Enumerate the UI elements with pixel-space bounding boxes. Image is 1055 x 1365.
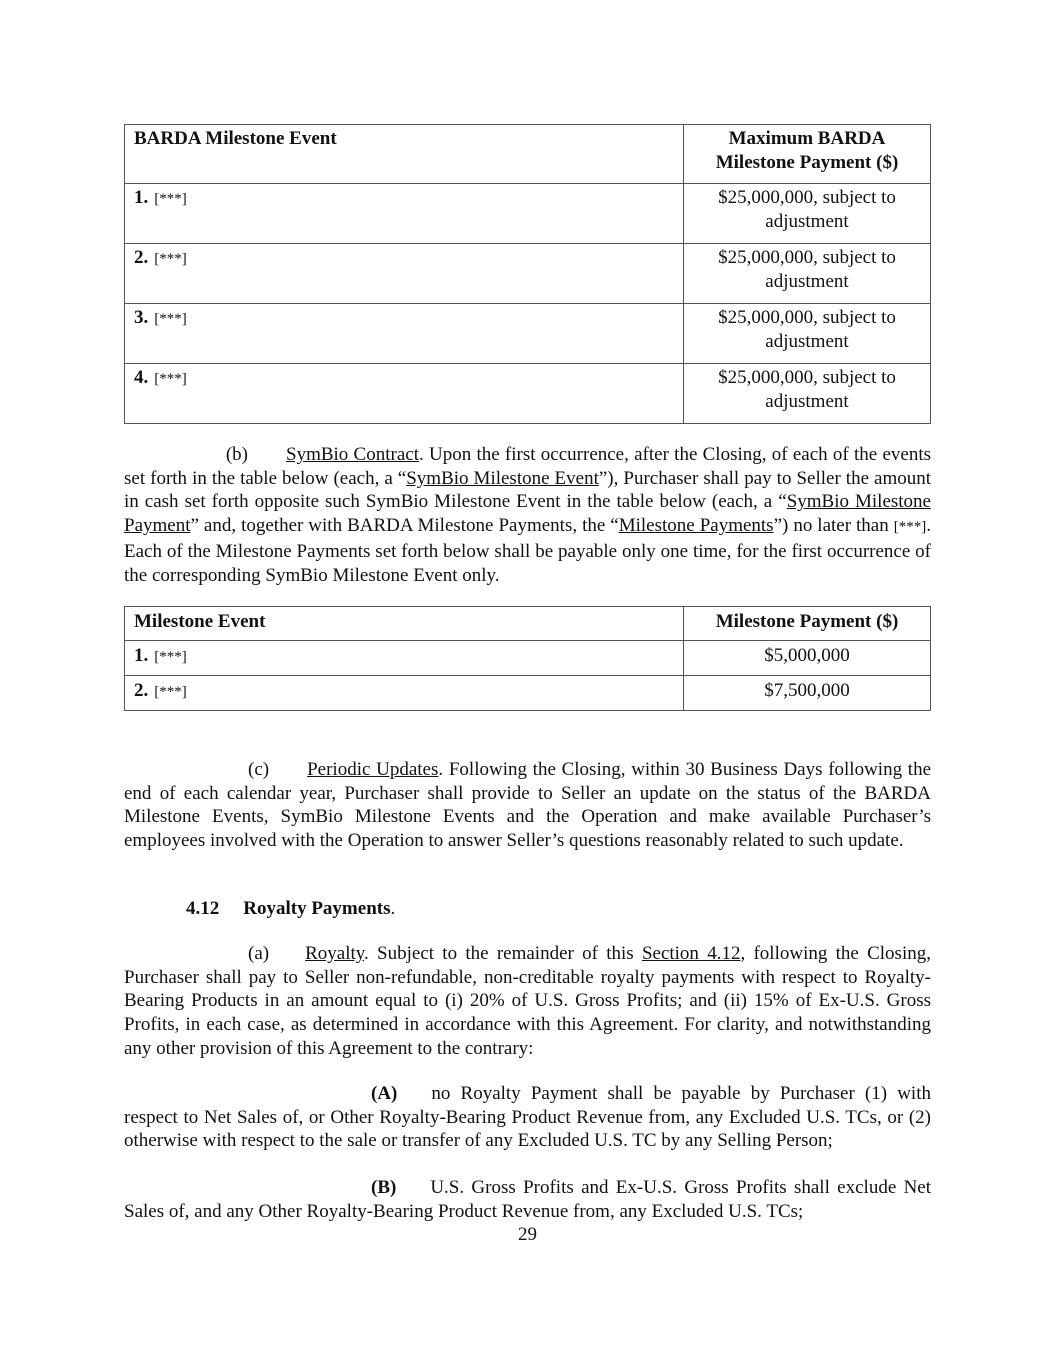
- redaction: [***]: [154, 649, 187, 665]
- event-cell: 3.[***]: [125, 304, 684, 364]
- redaction: [***]: [154, 371, 187, 387]
- redaction: [***]: [154, 311, 187, 327]
- column-header: Milestone Event: [125, 607, 684, 641]
- paragraph-a: (a)Royalty. Subject to the remainder of …: [124, 942, 931, 1061]
- payment-cell: $7,500,000: [684, 676, 931, 711]
- paragraph-text: ”) no later than: [774, 515, 894, 536]
- paragraph-text: . Subject to the remainder of this: [364, 943, 642, 964]
- event-cell: 2.[***]: [125, 244, 684, 304]
- payment-cell: $25,000,000, subject to adjustment: [684, 184, 931, 244]
- column-header: Milestone Payment ($): [684, 607, 931, 641]
- paragraph-A: (A)no Royalty Payment shall be payable b…: [124, 1082, 931, 1153]
- redaction: [***]: [154, 191, 187, 207]
- section-reference: Section 4.12: [642, 943, 741, 964]
- table-row: 3.[***] $25,000,000, subject to adjustme…: [125, 304, 931, 364]
- paragraph-label: (B): [371, 1177, 396, 1198]
- event-cell: 1.[***]: [125, 184, 684, 244]
- row-number: 1.: [134, 187, 148, 208]
- payment-cell: $25,000,000, subject to adjustment: [684, 364, 931, 424]
- section-heading-4-12: 4.12Royalty Payments.: [186, 898, 395, 920]
- defined-term: Milestone Payments: [619, 515, 774, 536]
- table-header-row: BARDA Milestone Event Maximum BARDA Mile…: [125, 125, 931, 184]
- payment-cell: $25,000,000, subject to adjustment: [684, 304, 931, 364]
- symbio-milestone-table: Milestone Event Milestone Payment ($) 1.…: [124, 606, 931, 711]
- section-title: Royalty Payments: [243, 898, 390, 919]
- table-row: 4.[***] $25,000,000, subject to adjustme…: [125, 364, 931, 424]
- paragraph-text: no Royalty Payment shall be payable by P…: [124, 1083, 931, 1151]
- paragraph-c: (c)Periodic Updates. Following the Closi…: [124, 758, 931, 853]
- payment-cell: $25,000,000, subject to adjustment: [684, 244, 931, 304]
- defined-term: SymBio Milestone Event: [406, 468, 599, 489]
- table-row: 1.[***] $25,000,000, subject to adjustme…: [125, 184, 931, 244]
- column-header: Maximum BARDA Milestone Payment ($): [684, 125, 931, 184]
- paragraph-label: (a): [248, 943, 269, 964]
- payment-cell: $5,000,000: [684, 641, 931, 676]
- paragraph-text: . Following the Closing, within 30 Busin…: [124, 759, 931, 851]
- paragraph-text: U.S. Gross Profits and Ex-U.S. Gross Pro…: [124, 1177, 931, 1222]
- defined-heading: Periodic Updates: [307, 759, 438, 780]
- paragraph-text: ” and, together with BARDA Milestone Pay…: [191, 515, 619, 536]
- column-header: BARDA Milestone Event: [125, 125, 684, 184]
- document-page: BARDA Milestone Event Maximum BARDA Mile…: [124, 124, 931, 424]
- row-number: 3.: [134, 307, 148, 328]
- paragraph-label: (A): [371, 1083, 397, 1104]
- paragraph-B: (B)U.S. Gross Profits and Ex-U.S. Gross …: [124, 1176, 931, 1223]
- row-number: 2.: [134, 247, 148, 268]
- event-cell: 2.[***]: [125, 676, 684, 711]
- event-cell: 4.[***]: [125, 364, 684, 424]
- defined-heading: SymBio Contract: [286, 444, 419, 465]
- defined-heading: Royalty: [305, 943, 364, 964]
- paragraph-label: (b): [226, 444, 248, 465]
- row-number: 4.: [134, 367, 148, 388]
- redaction: [***]: [154, 251, 187, 267]
- barda-milestone-table: BARDA Milestone Event Maximum BARDA Mile…: [124, 124, 931, 424]
- page-number: 29: [124, 1224, 931, 1246]
- event-cell: 1.[***]: [125, 641, 684, 676]
- row-number: 2.: [134, 680, 148, 701]
- paragraph-b: (b)SymBio Contract. Upon the first occur…: [124, 443, 931, 587]
- redaction: [***]: [894, 519, 927, 535]
- redaction: [***]: [154, 684, 187, 700]
- paragraph-label: (c): [248, 759, 269, 780]
- table-row: 2.[***] $25,000,000, subject to adjustme…: [125, 244, 931, 304]
- row-number: 1.: [134, 645, 148, 666]
- table-row: 1.[***] $5,000,000: [125, 641, 931, 676]
- table-header-row: Milestone Event Milestone Payment ($): [125, 607, 931, 641]
- table-row: 2.[***] $7,500,000: [125, 676, 931, 711]
- section-number: 4.12: [186, 898, 219, 919]
